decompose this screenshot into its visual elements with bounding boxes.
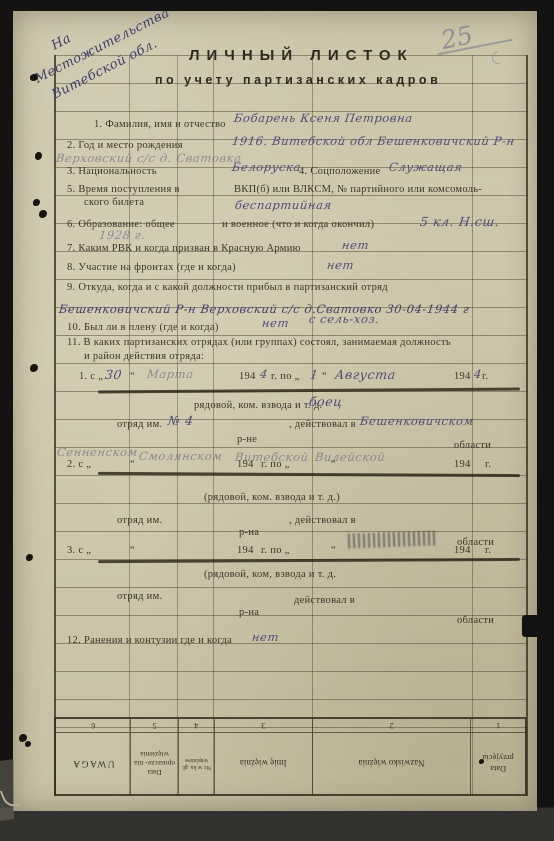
reverse-column-number: 5 — [130, 719, 178, 732]
reverse-header-cell: UWAGA — [56, 733, 130, 794]
rec1-quote2: “ — [322, 371, 327, 382]
rec3-year2-printed: 194 — [454, 545, 471, 556]
field-q9-label: 9. Откуда, когда и с какой должности при… — [67, 282, 388, 293]
field-q6-value: 5 кл. Н.сш. — [419, 214, 500, 229]
rec2-quote2: “ — [331, 459, 336, 470]
form-title-line2: по учету партизанских кадров — [155, 73, 441, 87]
field-q9-value2: с сель-хоз. — [308, 312, 380, 326]
rec1-month-from: Марта — [146, 367, 194, 381]
table-left-border — [54, 55, 56, 796]
reverse-header-cell: Nr. w ks. gł. więźniów — [178, 733, 214, 794]
reverse-table-column-numbers: 1 2 3 4 5 6 — [56, 719, 525, 732]
district-hw: Сенненском — [56, 445, 139, 459]
rec1-day-from: 30 — [104, 367, 123, 382]
field-q2-value: 1916. Витебской обл Бешенковичский Р-н — [231, 134, 515, 148]
field-q6-label2: и военное (что и когда окончил) — [222, 219, 374, 230]
rec2-quote: “ — [130, 459, 135, 470]
scan-background: { "annotations": { "top_left": ["На", "М… — [0, 0, 554, 841]
binding-hole — [33, 199, 40, 206]
rec2-district-label: р-на — [239, 527, 259, 538]
ink-smudge — [348, 530, 438, 548]
rec1-end: г. — [482, 371, 488, 382]
rec1-year-hw: 4 — [259, 367, 269, 381]
rec3-end: г. — [485, 545, 491, 556]
binding-hole — [35, 152, 42, 160]
rec2-acted-label: , действовал в — [289, 515, 356, 526]
field-q7-value: нет — [341, 238, 370, 252]
field-q7-label: 7. Каким РВК и когда призван в Красную А… — [67, 243, 301, 254]
field-q5-value: беспартийная — [234, 198, 333, 212]
reverse-table-headers: Data przyjęcia Nazwisko więźnia Imię wię… — [56, 732, 525, 794]
rec1-prefix: 1. с „ — [79, 371, 103, 382]
reverse-header-cell: Imię więźnia — [214, 733, 312, 794]
reverse-side-table: Data przyjęcia Nazwisko więźnia Imię wię… — [54, 717, 527, 796]
field-q3-value: Белоруска — [231, 160, 302, 174]
reverse-column-number: 3 — [214, 719, 312, 732]
rec1-year-printed: 194 — [239, 371, 256, 382]
field-q4-label: 4. Соцположение — [299, 166, 381, 177]
rec1-quote: “ — [130, 371, 135, 382]
rec1-acted-label: , действовал в — [289, 419, 356, 430]
field-q4-value: Служащая — [388, 160, 463, 174]
rec1-unit-label: отряд им. — [117, 419, 162, 430]
rec2-year2-printed: 194 — [454, 459, 471, 470]
rec1-unit-value: № 4 — [167, 413, 194, 428]
reverse-header-cell: Data przyjęcia — [470, 733, 525, 794]
field-q8-value: нет — [326, 258, 355, 272]
rec3-acted-label: действовал в — [294, 595, 355, 606]
rec3-quote2: “ — [331, 545, 336, 556]
rec2-year-printed: 194 — [237, 459, 254, 470]
rec1-district-label: р-не — [237, 434, 257, 445]
rec2-end: г. — [485, 459, 491, 470]
field-q2-value2: Верховский с/с д. Сватовка — [55, 151, 242, 165]
field-q12-value: нет — [251, 630, 280, 644]
rec3-prefix: 3. с „ — [67, 545, 91, 556]
field-q8-label: 8. Участие на фронтах (где и когда) — [67, 262, 236, 273]
rec3-mid: г. по „ — [261, 545, 290, 556]
binding-hole — [30, 364, 38, 372]
rec1-month-to: Августа — [334, 367, 397, 382]
rec2-role-label: (рядовой, ком. взвода и т. д.) — [204, 492, 340, 503]
rec1-role-value: боец — [308, 394, 344, 409]
binding-hole — [26, 554, 33, 561]
form-title-line1: ЛИЧНЫЙ ЛИСТОК — [189, 47, 414, 64]
reverse-header-cell: Data opuszcze- nia więzienia — [130, 733, 178, 794]
rec3-district-label: р-на — [239, 607, 259, 618]
field-q10-label: 10. Был ли в плену (где и когда) — [67, 322, 219, 333]
reverse-column-number: 6 — [56, 719, 130, 732]
district-hw: Вилейской — [314, 450, 386, 464]
field-q3-label: 3. Национальность — [67, 166, 157, 177]
document-page: На Местожительства Витебской обл. 25 ЛИЧ… — [13, 11, 537, 811]
field-q11-label: 11. В каких партизанских отрядах (или гр… — [67, 337, 451, 348]
field-q5-label: 5. Время поступления в — [67, 184, 180, 195]
binding-hole — [25, 741, 31, 747]
field-q5-label3: ского билета — [84, 197, 144, 208]
rec1-mid: г. по „ — [271, 371, 300, 382]
table-column-line — [213, 55, 214, 796]
reverse-column-number: 1 — [470, 719, 525, 732]
rec1-year2-printed: 194 — [454, 371, 471, 382]
rec2-unit-label: отряд им. — [117, 515, 162, 526]
rec1-oblast-label: области — [454, 440, 491, 451]
rec3-oblast-label: области — [457, 615, 494, 626]
rec3-year-printed: 194 — [237, 545, 254, 556]
district-hw: Смолянском — [138, 449, 223, 463]
field-q2-label: 2. Год и место рождения — [67, 140, 183, 151]
reverse-column-number: 4 — [178, 719, 214, 732]
field-q1-value: Бобарень Ксеня Петровна — [233, 111, 414, 125]
field-q6-value2: 1928 г. — [98, 228, 146, 242]
rec3-unit-label: отряд им. — [117, 591, 162, 602]
field-q12-label: 12. Ранения и контузии где и когда — [67, 635, 232, 646]
rec3-role-label: (рядовой, ком, взвода и т. д. — [204, 569, 336, 580]
rec1-role-label: рядовой, ком. взвода и т. д. — [194, 400, 322, 411]
binding-hole — [39, 210, 47, 218]
rec3-quote: “ — [130, 545, 135, 556]
field-q1-label: 1. Фамилия, имя и отчество — [94, 119, 226, 130]
rec2-mid: г. по „ — [261, 459, 290, 470]
reverse-header-cell: Nazwisko więźnia — [312, 733, 471, 794]
field-q5-label2: ВКП(б) или ВЛКСМ, № партийного или комсо… — [234, 184, 482, 195]
field-q10-value: нет — [261, 316, 290, 330]
field-q9-value: Бешенковичский Р-н Верховский с/с д.Сват… — [58, 302, 470, 316]
scan-edge-notch — [522, 615, 537, 637]
rec1-acted-value: Бешенковичском — [359, 414, 474, 428]
field-q11-label2: и район действия отряда: — [84, 351, 204, 362]
rec2-prefix: 2. с „ — [67, 459, 91, 470]
reverse-column-number: 2 — [312, 719, 471, 732]
table-right-border — [526, 55, 528, 796]
